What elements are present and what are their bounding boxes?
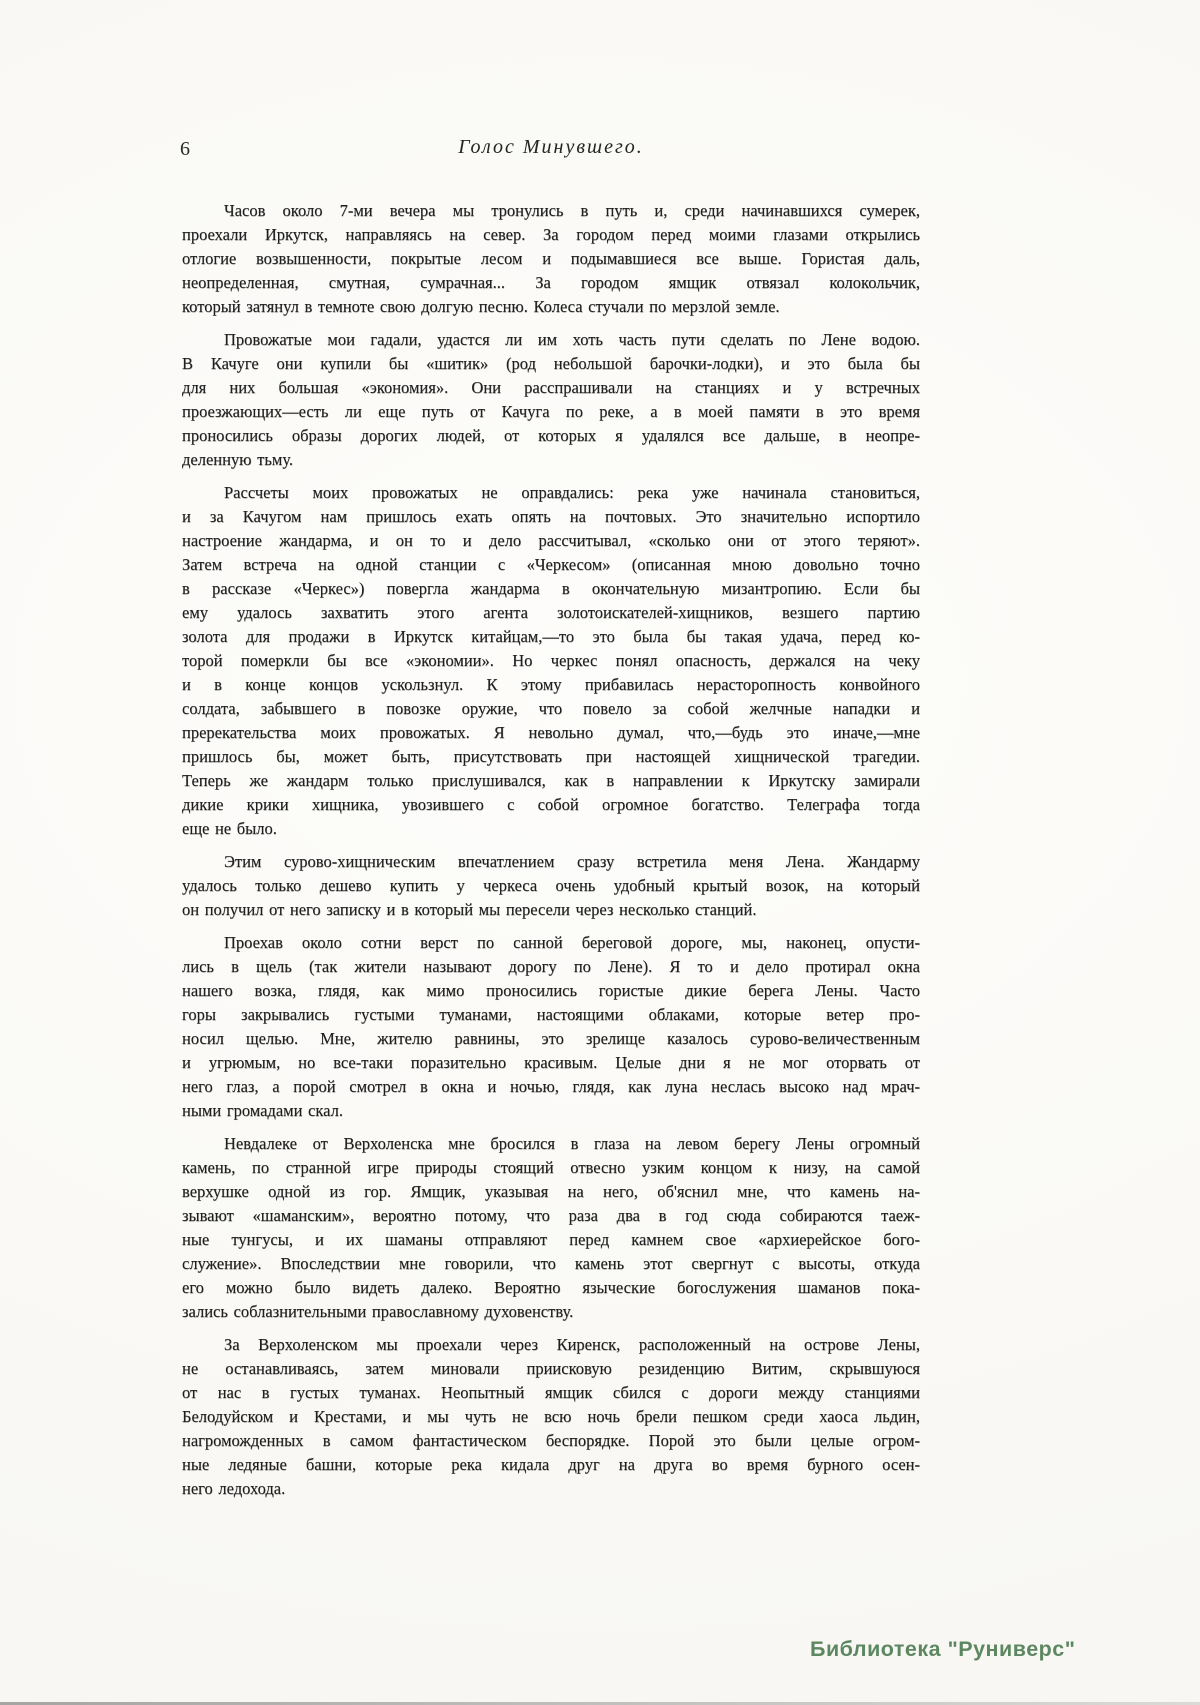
text-line: горы закрывались густыми туманами, насто… [182, 1003, 920, 1027]
text-line: верхушке одной из гор. Ямщик, указывая н… [182, 1180, 920, 1204]
text-line: настроение жандарма, и он то и дело расс… [182, 529, 920, 553]
text-line: ные ледяные башни, которые река кидала д… [182, 1453, 920, 1477]
text-line: лись в щель (так жители называют дорогу … [182, 955, 920, 979]
text-line: служение». Впоследствии мне говорили, чт… [182, 1252, 920, 1276]
text-line: нашего возка, глядя, как мимо проносилис… [182, 979, 920, 1003]
text-line: и за Качугом нам пришлось ехать опять на… [182, 505, 920, 529]
text-line: ему удалось захватить этого агента золот… [182, 601, 920, 625]
paragraph: Рассчеты моих провожатых не оправдались:… [182, 481, 920, 841]
text-line: в рассказе «Черкес») повергла жандарма в… [182, 577, 920, 601]
text-line: не останавливаясь, затем миновали прииск… [182, 1357, 920, 1381]
text-line: который затянул в темноте свою долгую пе… [182, 295, 920, 319]
text-line: В Качуге они купили бы «шитик» (род небо… [182, 352, 920, 376]
text-line: дикие крики хищника, увозившего с собой … [182, 793, 920, 817]
paragraph: За Верхоленском мы проехали через Киренс… [182, 1333, 920, 1501]
text-line: золота для продажи в Иркутск китайцам,—т… [182, 625, 920, 649]
text-line: удалось только дешево купить у черкеса о… [182, 874, 920, 898]
text-line: носил щелью. Мне, жителю равнины, это зр… [182, 1027, 920, 1051]
text-line: За Верхоленском мы проехали через Киренс… [182, 1333, 920, 1357]
paragraph: Невдалеке от Верхоленска мне бросился в … [182, 1132, 920, 1324]
running-header-title: Голос Минувшего. [182, 136, 920, 159]
text-line: и в конце концов ускользнул. К этому при… [182, 673, 920, 697]
text-line: Проехав около сотни верст по санной бере… [182, 931, 920, 955]
text-line: еще не было. [182, 817, 920, 841]
text-line: его можно было видеть далеко. Вероятно я… [182, 1276, 920, 1300]
text-line: неопределенная, смутная, сумрачная... За… [182, 271, 920, 295]
text-line: зались соблазнительными православному ду… [182, 1300, 920, 1324]
text-line: Этим сурово-хищническим впечатлением сра… [182, 850, 920, 874]
text-line: пришлось бы, может быть, присутствовать … [182, 745, 920, 769]
text-line: зывают «шаманским», вероятно потому, что… [182, 1204, 920, 1228]
text-block: Часов около 7-ми вечера мы тронулись в п… [182, 199, 920, 1510]
text-line: он получил от него записку и в который м… [182, 898, 920, 922]
text-line: Теперь же жандарм только прислушивался, … [182, 769, 920, 793]
text-line: проезжающих—есть ли еще путь от Качуга п… [182, 400, 920, 424]
text-line: Часов около 7-ми вечера мы тронулись в п… [182, 199, 920, 223]
text-line: Белодуйском и Крестами, и мы чуть не всю… [182, 1405, 920, 1429]
scanned-book-page: 6 Голос Минувшего. Часов около 7-ми вече… [0, 0, 1200, 1705]
text-line: ными громадами скал. [182, 1099, 920, 1123]
text-line: пререкательства моих провожатых. Я невол… [182, 721, 920, 745]
text-line: камень, по странной игре природы стоящий… [182, 1156, 920, 1180]
text-line: него глаз, а порой смотрел в окна и ночь… [182, 1075, 920, 1099]
text-line: Рассчеты моих провожатых не оправдались:… [182, 481, 920, 505]
text-line: него ледохода. [182, 1477, 920, 1501]
text-line: отлогие возвышенности, покрытые лесом и … [182, 247, 920, 271]
paragraph: Часов около 7-ми вечера мы тронулись в п… [182, 199, 920, 319]
text-line: от нас в густых туманах. Неопытный ямщик… [182, 1381, 920, 1405]
text-line: деленную тьму. [182, 448, 920, 472]
text-line: для них большая «экономия». Они расспраш… [182, 376, 920, 400]
text-line: и угрюмым, но все-таки поразительно крас… [182, 1051, 920, 1075]
text-line: Невдалеке от Верхоленска мне бросился в … [182, 1132, 920, 1156]
library-watermark: Библиотека "Руниверс" [810, 1637, 1075, 1662]
text-line: нагроможденных в самом фантастическом бе… [182, 1429, 920, 1453]
text-line: Затем встреча на одной станции с «Черкес… [182, 553, 920, 577]
paragraph: Этим сурово-хищническим впечатлением сра… [182, 850, 920, 922]
text-line: солдата, забывшего в повозке оружие, что… [182, 697, 920, 721]
text-line: Провожатые мои гадали, удастся ли им хот… [182, 328, 920, 352]
paragraph: Провожатые мои гадали, удастся ли им хот… [182, 328, 920, 472]
text-line: проносились образы дорогих людей, от кот… [182, 424, 920, 448]
paragraph: Проехав около сотни верст по санной бере… [182, 931, 920, 1123]
text-line: ные тунгусы, и их шаманы отправляют пере… [182, 1228, 920, 1252]
text-line: торой померкли бы все «экономии». Но чер… [182, 649, 920, 673]
text-line: проехали Иркутск, направляясь на север. … [182, 223, 920, 247]
